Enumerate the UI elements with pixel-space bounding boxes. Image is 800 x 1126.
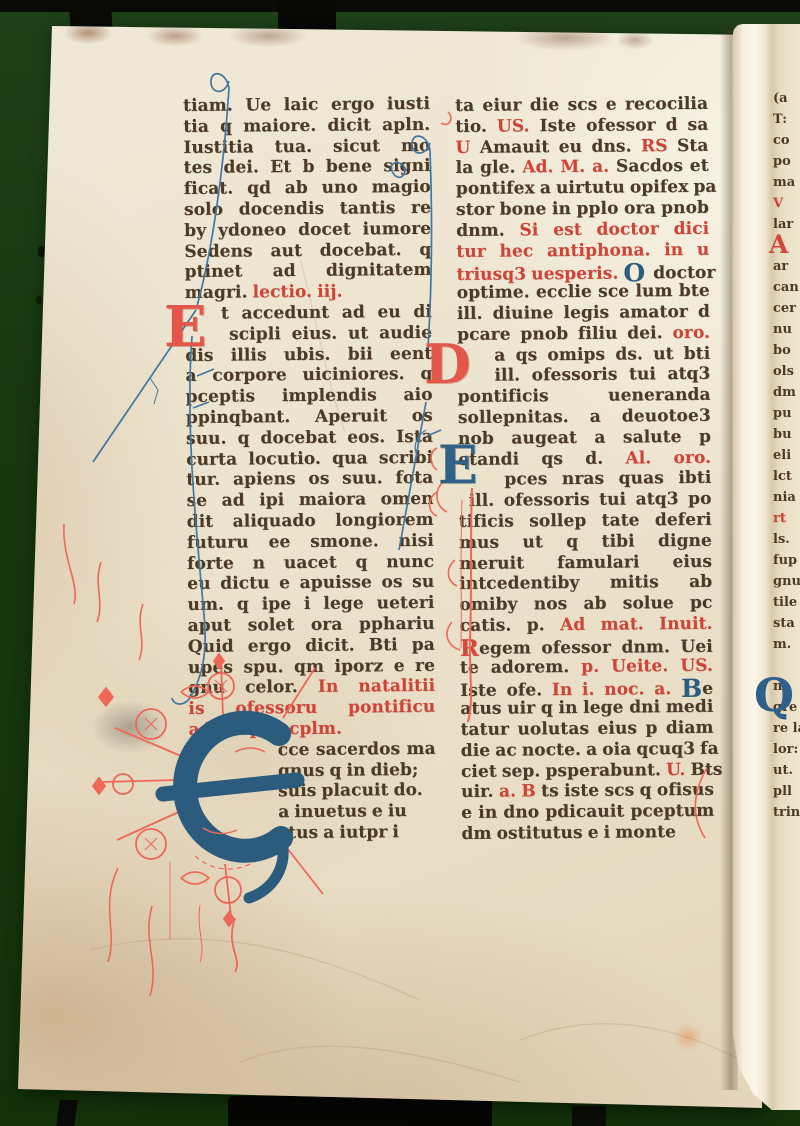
text-segment: lectio. iij. xyxy=(252,282,342,303)
text-segment: mus ut q tibi digne xyxy=(459,531,712,553)
manuscript-text-line: dit aliquado longiorem xyxy=(187,510,434,533)
manuscript-text-line: dis illis ubis. bii eent xyxy=(185,343,432,366)
manuscript-text-line: by ydoneo docet iumore xyxy=(184,219,431,242)
manuscript-text-line: pceptis implendis aio xyxy=(186,385,433,408)
text-segment: futuru ee smone. nisi xyxy=(187,531,434,553)
text-column-left: tiam. Ue laic ergo iustitia q maiore. di… xyxy=(183,94,437,845)
manuscript-text-line: U Amauit eu dns. RS Sta xyxy=(455,135,708,158)
manuscript-text-line: aput solet ora pphariu xyxy=(188,614,435,637)
text-segment: Sta xyxy=(677,135,709,155)
manuscript-text-line: V xyxy=(773,193,800,214)
manuscript-text-line: ciet sep. psperabunt. U. Bts xyxy=(461,759,714,782)
next-page-edge: (aT:copomaVlararcancernuboolsdmpubuelilc… xyxy=(733,24,800,1110)
text-segment: dm ostitutus e i monte xyxy=(461,822,676,844)
text-segment: U. xyxy=(666,759,691,779)
manuscript-text-line: tio. US. Iste ofessor d sa xyxy=(455,115,708,138)
manuscript-text-line: tes dei. Et b bene signi xyxy=(184,156,431,179)
text-segment: ficat. qd ab uno magio xyxy=(184,177,431,199)
text-segment: tes dei. Et b bene signi xyxy=(184,156,431,178)
manuscript-text-line: ptinet ad dignitatem xyxy=(184,260,431,283)
text-segment: ar xyxy=(773,259,788,274)
manuscript-text-line: ls. xyxy=(773,529,800,550)
manuscript-text-line: Iustitia tua. sicut mo xyxy=(183,135,430,158)
manuscript-text-line: a inuetus e iu xyxy=(278,801,436,823)
manuscript-text-line: is ofessoru pontificu xyxy=(188,697,435,720)
manuscript-text-line: tificis sollep tate deferi xyxy=(459,510,712,533)
manuscript-text-line: t accedunt ad eu di xyxy=(221,302,432,325)
manuscript-text-line: la gle. Ad. M. a. Sacdos et xyxy=(456,156,709,179)
text-segment: ma xyxy=(773,175,795,190)
manuscript-text-line: tiam. Ue laic ergo iusti xyxy=(183,94,430,117)
manuscript-text-line: ar xyxy=(773,256,800,277)
text-segment: oro. xyxy=(672,323,710,343)
text-segment: nia xyxy=(773,490,796,505)
text-segment: RS xyxy=(641,136,677,156)
manuscript-text-line: pll xyxy=(773,781,800,802)
text-segment: is ofessoru pontificu xyxy=(188,697,435,719)
manuscript-text-line: tur hec antiphona. in u xyxy=(456,239,709,262)
manuscript-text-line: ad uespis. cplm. xyxy=(188,718,435,741)
manuscript-text-line: suis placuit do. xyxy=(278,780,436,802)
manuscript-text-line: e in dno pdicauit pceptum xyxy=(461,801,714,824)
text-segment: US. xyxy=(497,116,540,136)
text-segment: catis. p. xyxy=(460,615,561,636)
manuscript-text-line: po xyxy=(773,151,800,172)
manuscript-text-line: nob augeat a salute p xyxy=(458,427,711,450)
manuscript-text-line: forte n uacet q nunc xyxy=(187,551,434,574)
manuscript-text-line: optime. ecclie sce lum bte xyxy=(457,281,710,304)
text-segment: sollepnitas. a deuotoe3 xyxy=(458,406,711,428)
text-segment: V xyxy=(773,196,783,211)
manuscript-text-line: stor bone in pplo ora pnob xyxy=(456,198,709,221)
text-segment: a inuetus e iu xyxy=(278,801,407,822)
text-segment: tia q maiore. dicit apln. xyxy=(183,115,430,137)
manuscript-text-line: gnu celor. In natalitii xyxy=(188,676,435,699)
text-segment: dm xyxy=(773,385,796,400)
manuscript-text-line: magri. lectio. iij. xyxy=(185,281,432,304)
manuscript-text-line: sollepnitas. a deuotoe3 xyxy=(458,406,711,429)
text-segment: ill. ofessoris tui atq3 xyxy=(494,364,710,386)
text-segment: tur hec antiphona. in u xyxy=(456,239,709,261)
text-segment: Sacdos et xyxy=(616,156,709,177)
text-segment: Bts xyxy=(690,759,722,779)
manuscript-text-line: ill. ofessoris tui atq3 xyxy=(494,364,710,387)
manuscript-text-line: Regem ofessor dnm. Uei xyxy=(460,634,713,657)
manuscript-text-line: rt xyxy=(773,508,800,529)
manuscript-text-line: cer xyxy=(773,298,800,319)
text-segment: eu dictu e apuisse os su xyxy=(187,572,434,594)
manuscript-text-line: atus uir q in lege dni medi xyxy=(460,697,713,720)
text-segment: etandi qs d. xyxy=(458,448,625,469)
text-segment: Ad mat. Inuit. xyxy=(560,614,713,635)
text-segment: ptinet ad dignitatem xyxy=(184,260,431,282)
manuscript-text-line: dm ostitutus e i monte xyxy=(461,822,714,845)
next-page-initial-a: A xyxy=(769,230,788,259)
manuscript-text-line: scipli eius. ut audie xyxy=(229,323,432,346)
text-segment: dis illis ubis. bii eent xyxy=(185,343,432,365)
text-segment: aput solet ora pphariu xyxy=(188,614,435,636)
manuscript-text-line: bo xyxy=(773,340,800,361)
text-segment: U xyxy=(455,137,480,157)
manuscript-text-line: Quid ergo dicit. Bti pa xyxy=(188,635,435,658)
manuscript-text-line: fup xyxy=(773,550,800,571)
manuscript-text-line: bu xyxy=(773,424,800,445)
text-segment: suis placuit do. xyxy=(278,780,423,801)
text-segment: Quid ergo dicit. Bti pa xyxy=(188,635,435,657)
manuscript-text-line: omiby nos ab solue pc xyxy=(459,593,712,616)
manuscript-text-line: intcedentiby mitis ab xyxy=(459,572,712,595)
text-segment: a. B xyxy=(499,782,541,802)
manuscript-text-line: dm xyxy=(773,382,800,403)
manuscript-text-line: eli xyxy=(773,445,800,466)
text-segment: cer xyxy=(773,301,796,316)
manuscript-text-line: ols xyxy=(773,361,800,382)
text-segment: tur. apiens os suu. fota xyxy=(186,468,433,490)
text-segment: optime. ecclie sce lum bte xyxy=(457,281,710,303)
manuscript-text-line: te adorem. p. Ueite. US. xyxy=(460,655,713,678)
manuscript-text-line: ma xyxy=(773,172,800,193)
text-segment: In natalitii xyxy=(318,676,435,697)
text-segment: pll xyxy=(773,784,792,799)
text-segment: m. xyxy=(773,637,791,652)
text-segment: po xyxy=(773,154,791,169)
text-segment: gnu xyxy=(773,574,800,589)
manuscript-text-line: Iste ofe. In i. noc. a. Be xyxy=(460,676,713,699)
text-segment: die ac nocte. a oia qcuq3 fa xyxy=(461,738,719,760)
text-segment: trin xyxy=(773,805,800,820)
text-segment: curta locutio. qua scribi xyxy=(186,447,433,469)
text-segment: upes spu. qm iporz e re xyxy=(188,655,435,677)
text-segment: ppinqbant. Aperuit os xyxy=(186,406,433,428)
manuscript-text-line: tia q maiore. dicit apln. xyxy=(183,115,430,138)
text-segment: omiby nos ab solue pc xyxy=(459,593,712,615)
manuscript-text-line: co xyxy=(773,130,800,151)
text-segment: ols xyxy=(773,364,794,379)
manuscript-text-line: pu xyxy=(773,403,800,424)
manuscript-text-line: stus a iutpr i xyxy=(278,822,436,844)
text-segment: ts iste scs q ofisus xyxy=(541,780,714,802)
text-segment: fup xyxy=(773,553,797,568)
text-segment: Sedens aut docebat. q xyxy=(184,239,431,261)
manuscript-text-line: lct xyxy=(773,466,800,487)
manuscript-text-line: tile xyxy=(773,592,800,613)
text-segment: intcedentiby mitis ab xyxy=(459,572,712,594)
text-segment: tificis sollep tate deferi xyxy=(459,510,712,532)
manuscript-text-line: tur. apiens os suu. fota xyxy=(186,468,433,491)
manuscript-text-line: etandi qs d. Al. oro. xyxy=(458,447,711,470)
text-segment: can xyxy=(773,280,799,295)
manuscript-text-line: futuru ee smone. nisi xyxy=(187,531,434,554)
manuscript-text-line: nia xyxy=(773,487,800,508)
manuscript-text-line: suu. q docebat eos. Ista xyxy=(186,427,433,450)
manuscript-text-line: pces nras quas ibti xyxy=(504,468,711,491)
text-segment: stus a iutpr i xyxy=(278,822,399,843)
manuscript-text-line: curta locutio. qua scribi xyxy=(186,447,433,470)
manuscript-text-line: gnu xyxy=(773,571,800,592)
red-initial-e: E xyxy=(164,299,207,355)
text-segment: bu xyxy=(773,427,792,442)
text-segment: ciet sep. psperabunt. xyxy=(461,760,666,782)
manuscript-text-line: pontifex a uirtutu opifex pa xyxy=(456,177,709,200)
manuscript-page: tiam. Ue laic ergo iustitia q maiore. di… xyxy=(0,0,800,1126)
manuscript-text-line: uir. a. B ts iste scs q ofisus xyxy=(461,780,714,803)
text-segment: re la xyxy=(773,721,800,736)
manuscript-text-line: tatur uolutas eius p diam xyxy=(460,718,713,741)
blue-initial-e: E xyxy=(438,440,478,492)
manuscript-text-line: solo docendis tantis re xyxy=(184,198,431,221)
text-segment: gnus q in dieb; xyxy=(278,759,419,780)
manuscript-text-line: pcare pnob filiu dei. oro. xyxy=(457,323,710,346)
text-segment: Ad. M. a. xyxy=(522,157,616,178)
text-segment: scipli eius. ut audie xyxy=(229,323,432,345)
text-segment: uir. xyxy=(461,782,499,802)
text-segment: lct xyxy=(773,469,792,484)
text-segment: co xyxy=(773,133,790,148)
manuscript-text-line: ill. ofessoris tui atq3 po xyxy=(468,489,711,512)
text-segment: a qs omips ds. ut bti xyxy=(494,343,710,365)
text-segment: nob augeat a salute p xyxy=(458,427,711,449)
text-segment: T: xyxy=(773,112,787,127)
text-segment: pontificis ueneranda xyxy=(458,385,711,407)
manuscript-text-line: trin xyxy=(773,802,800,823)
text-segment: t accedunt ad eu di xyxy=(221,302,432,324)
text-segment: Iustitia tua. sicut mo xyxy=(183,135,430,157)
text-segment: bo xyxy=(773,343,791,358)
text-segment: ta eiur die scs e recocilia xyxy=(455,94,708,116)
text-segment: tiam. Ue laic ergo iusti xyxy=(183,94,430,116)
manuscript-text-line: ut. xyxy=(773,760,800,781)
text-segment: suu. q docebat eos. Ista xyxy=(186,427,433,449)
text-segment: pcare pnob filiu dei. xyxy=(457,323,673,345)
text-segment: pceptis implendis aio xyxy=(186,385,433,407)
manuscript-text-line: nu xyxy=(773,319,800,340)
text-segment: rt xyxy=(773,511,786,526)
text-segment: tile xyxy=(773,595,797,610)
manuscript-text-line: die ac nocte. a oia qcuq3 fa xyxy=(461,738,714,761)
text-segment: solo docendis tantis re xyxy=(184,198,431,220)
manuscript-text-line: pontificis ueneranda xyxy=(458,385,711,408)
text-segment: pu xyxy=(773,406,792,421)
manuscript-text-line: can xyxy=(773,277,800,298)
text-segment: la gle. xyxy=(456,158,523,179)
text-segment: eli xyxy=(773,448,791,463)
manuscript-text-line: ill. diuine legis amator d xyxy=(457,302,710,325)
manuscript-text-line: lor: l xyxy=(773,739,800,760)
text-segment: um. q ipe i lege ueteri xyxy=(187,593,434,615)
manuscript-text-line: (a xyxy=(773,88,800,109)
text-segment: ut. xyxy=(773,763,793,778)
text-segment: stor bone in pplo ora pnob xyxy=(456,198,709,220)
manuscript-text-line: dnm. Si est doctor dici xyxy=(456,219,709,242)
manuscript-text-line: ficat. qd ab uno magio xyxy=(184,177,431,200)
manuscript-text-line: meruit famulari eius xyxy=(459,551,712,574)
text-segment: pontifex a uirtutu opifex pa xyxy=(456,177,717,199)
text-segment: Iste ofessor d sa xyxy=(539,115,708,136)
text-segment: tio. xyxy=(455,116,497,136)
manuscript-text-line: se ad ipi maiora omen xyxy=(186,489,433,512)
manuscript-text-line: ta eiur die scs e recocilia xyxy=(455,94,708,117)
text-segment: pces nras quas ibti xyxy=(504,468,711,490)
text-segment: a corpore uiciniores. q xyxy=(185,364,432,386)
text-segment: ls. xyxy=(773,532,790,547)
manuscript-text-line: catis. p. Ad mat. Inuit. xyxy=(460,614,713,637)
text-segment: se ad ipi maiora omen xyxy=(186,489,433,511)
text-segment: gnu celor. xyxy=(188,677,318,698)
text-segment: by ydoneo docet iumore xyxy=(184,219,431,241)
text-segment: cce sacerdos ma xyxy=(278,739,436,760)
manuscript-text-line: a qs omips ds. ut bti xyxy=(494,343,710,366)
text-segment: e in dno pdicauit pceptum xyxy=(461,801,714,823)
manuscript-text-line: a corpore uiciniores. q xyxy=(185,364,432,387)
manuscript-text-line: Sedens aut docebat. q xyxy=(184,239,431,262)
next-page-initial-q: Q xyxy=(754,668,794,722)
manuscript-text-line: sta xyxy=(773,613,800,634)
text-segment: ill. diuine legis amator d xyxy=(457,302,710,324)
text-segment: dnm. xyxy=(456,220,520,241)
text-segment: dit aliquado longiorem xyxy=(187,510,434,532)
manuscript-text-line: ppinqbant. Aperuit os xyxy=(186,406,433,429)
text-segment: atus uir q in lege dni medi xyxy=(460,697,713,719)
manuscript-text-line: eu dictu e apuisse os su xyxy=(187,572,434,595)
text-segment: (a xyxy=(773,91,788,106)
text-segment: tatur uolutas eius p diam xyxy=(460,718,713,740)
text-segment: ad uespis. cplm. xyxy=(188,719,342,740)
text-segment: sta xyxy=(773,616,795,631)
text-segment: meruit famulari eius xyxy=(459,551,712,573)
text-segment: forte n uacet q nunc xyxy=(187,551,434,573)
manuscript-photo: { "photo": { "backdrop_color": "#17380f"… xyxy=(0,0,800,1126)
text-column-right: ta eiur die scs e recociliatio. US. Iste… xyxy=(455,94,715,845)
manuscript-text-line: T: xyxy=(773,109,800,130)
text-segment: ill. ofessoris tui atq3 po xyxy=(468,489,711,511)
text-segment: Si est doctor dici xyxy=(519,219,709,241)
manuscript-text-line: gnus q in dieb; xyxy=(278,759,436,781)
manuscript-text-line: m. xyxy=(773,634,800,655)
manuscript-text-line: triusq3 uesperis. O doctor xyxy=(456,260,709,283)
manuscript-text-line: upes spu. qm iporz e re xyxy=(188,655,435,678)
text-segment: Amauit eu dns. xyxy=(480,136,641,157)
manuscript-text-line: cce sacerdos ma xyxy=(278,739,436,761)
manuscript-text-line: um. q ipe i lege ueteri xyxy=(187,593,434,616)
text-segment: nu xyxy=(773,322,792,337)
manuscript-leaf-wrapper: tiam. Ue laic ergo iustitia q maiore. di… xyxy=(0,0,800,1126)
text-segment: te adorem. xyxy=(460,656,581,677)
red-initial-d: D xyxy=(424,337,471,391)
text-segment: lor: l xyxy=(773,742,800,757)
manuscript-text-line: mus ut q tibi digne xyxy=(459,531,712,554)
text-segment: Al. oro. xyxy=(625,447,711,468)
